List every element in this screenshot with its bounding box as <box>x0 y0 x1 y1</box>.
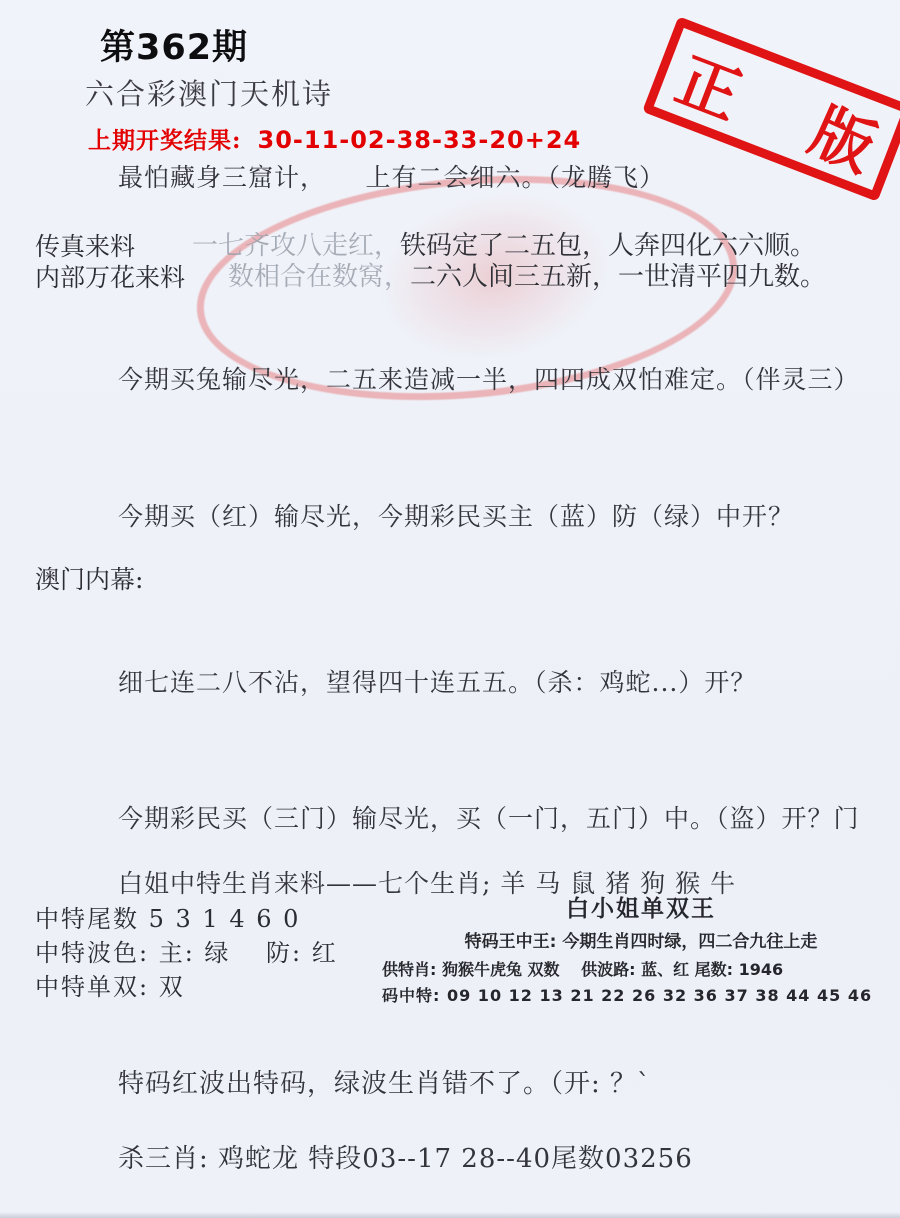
issue-title: 第362期 <box>100 20 248 70</box>
lottery-tip-sheet-page: 第362期 六合彩澳门天机诗 上期开奖结果: 30-11-02-38-33-20… <box>0 0 900 1218</box>
special-wave-color: 中特波色: 主: 绿 防: 红 <box>35 933 338 968</box>
stamp-char-ban: 版 <box>799 82 892 189</box>
special-odd-even: 中特单双: 双 <box>35 967 185 1002</box>
page-title: 六合彩澳门天机诗 <box>85 72 333 113</box>
fax-row2-content: 数相合在数窝，二六人间三五新，一世清平四九数。 <box>228 256 826 293</box>
baixiaojie-panel-title: 白小姐单双王 <box>382 890 900 923</box>
fax-row2-faded-text: 数相合在数窝， <box>228 262 410 292</box>
tip-line-xiqilian: 细七连二八不沾，望得四十连五五。（杀：鸡蛇...）开？ <box>118 663 756 699</box>
macau-insider-label: 澳门内幕: <box>35 560 143 596</box>
baixiaojie-panel: 白小姐单双王 特码王中王: 今期生肖四时绿，四二合九往上走 供特肖: 狗猴牛虎兔… <box>382 890 900 1006</box>
tip-line-kill-three-zodiacs: 杀三肖: 鸡蛇龙 特段03--17 28--40尾数03256 <box>118 1138 693 1175</box>
fax-row2-label: 内部万花来料 <box>35 258 185 294</box>
last-draw-result-numbers: 30-11-02-38-33-20+24 <box>258 126 582 154</box>
baixiaojie-panel-line1: 特码王中王: 今期生肖四时绿，四二合九往上走 <box>382 927 900 952</box>
poem-line-banlingsan: 今期买兔输尽光，二五来造减一半，四四成双怕难定。（伴灵三） <box>118 360 860 396</box>
tip-line-colors: 今期买（红）输尽光，今期彩民买主（蓝）防（绿）中开？ <box>118 497 794 533</box>
poem-line-longtengfei: 最怕藏身三窟计， 上有二会细六。（龙腾飞） <box>118 158 665 194</box>
tip-line-doors: 今期彩民买（三门）输尽光，买（一门，五门）中。（盗）开？门 <box>118 799 860 835</box>
tip-line-red-wave: 特码红波出特码，绿波生肖错不了。（开: ？` <box>118 1063 651 1100</box>
last-draw-result-line: 上期开奖结果: 30-11-02-38-33-20+24 <box>88 122 581 155</box>
baixiaojie-panel-line2: 供特肖: 狗猴牛虎兔 双数 供波路: 蓝、红 尾数: 1946 <box>382 957 900 980</box>
last-draw-result-label: 上期开奖结果: <box>88 127 242 154</box>
baixiaojie-panel-line3: 码中特: 09 10 12 13 21 22 26 32 36 37 38 44… <box>382 983 900 1006</box>
special-tail-numbers: 中特尾数 5 3 1 4 6 0 <box>35 899 300 934</box>
fax-row2-text: 二六人间三五新，一世清平四九数。 <box>410 262 826 292</box>
genuine-version-stamp: 正 版 <box>642 16 900 202</box>
stamp-char-zheng: 正 <box>666 31 756 136</box>
